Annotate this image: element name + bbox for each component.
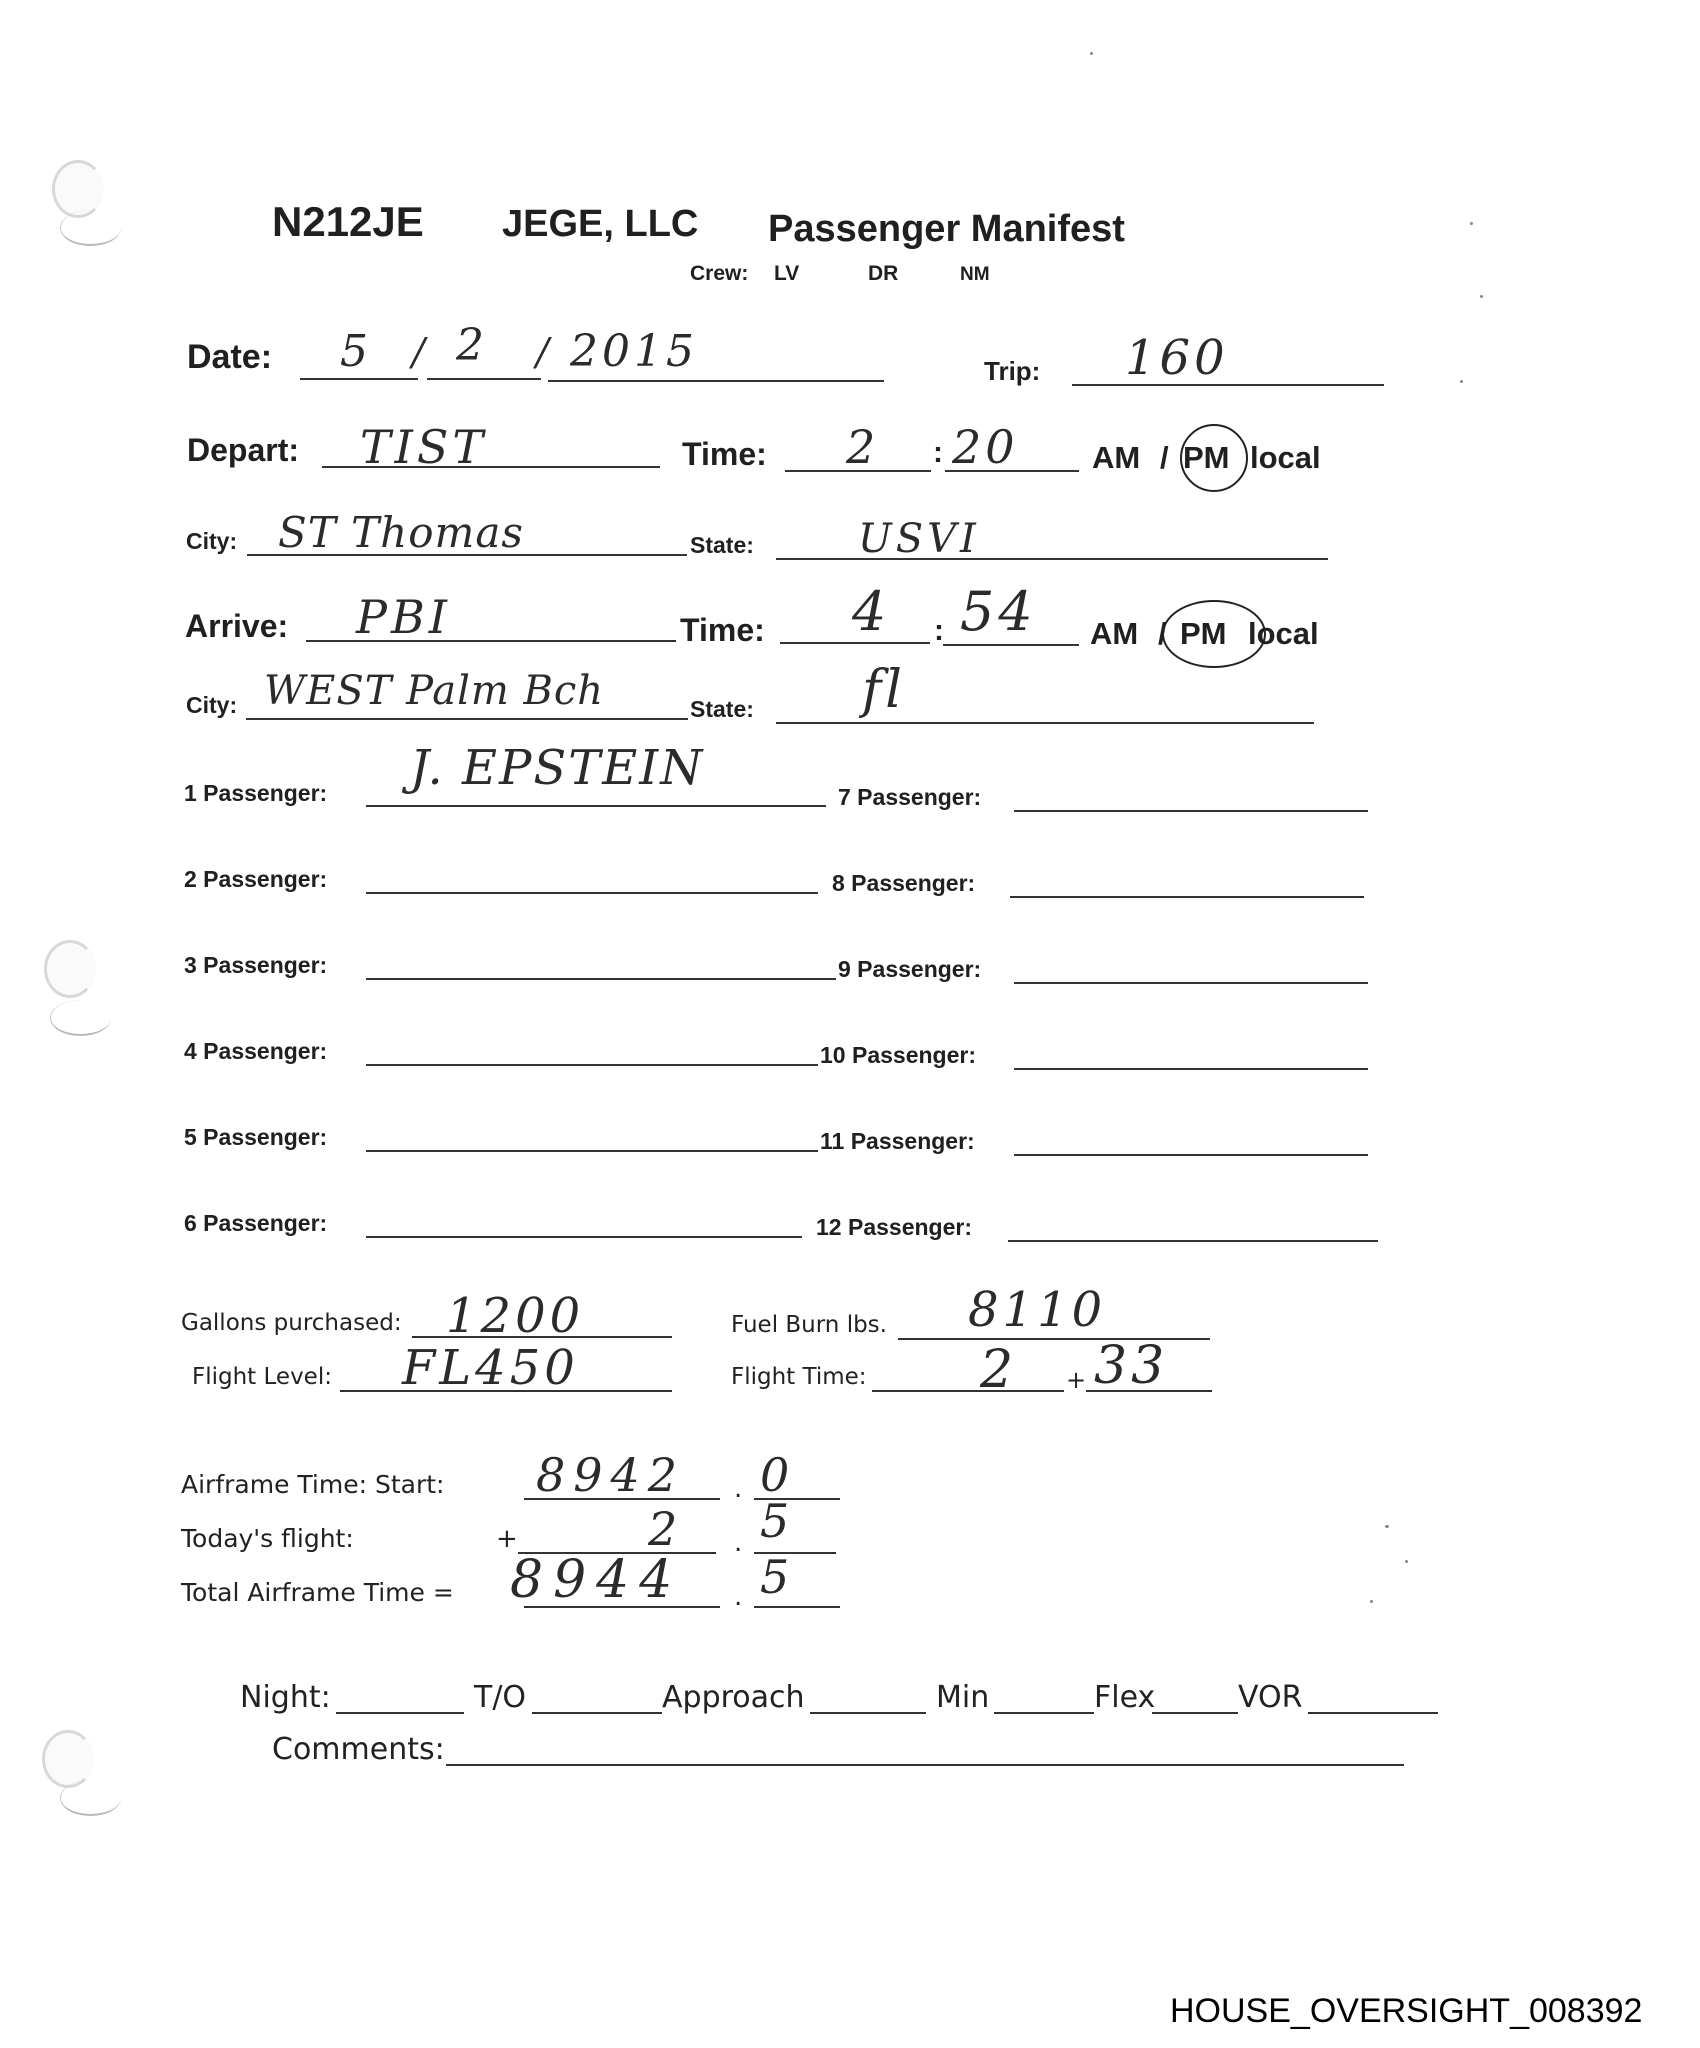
flight-time-hours-line <box>872 1390 1064 1392</box>
depart-time-colon: : <box>933 436 943 470</box>
arrive-am-option[interactable]: AM <box>1090 616 1138 652</box>
night-line[interactable] <box>336 1712 464 1714</box>
arrive-city-line <box>246 718 688 720</box>
tail-number: N212JE <box>272 198 424 246</box>
night-label: Night: <box>240 1680 331 1715</box>
depart-state-label: State: <box>690 532 754 559</box>
passenger-11-label: 11 Passenger: <box>820 1128 975 1155</box>
arrive-label: Arrive: <box>185 608 288 645</box>
passenger-1-line <box>366 805 826 807</box>
comments-label: Comments: <box>272 1732 445 1767</box>
gallons-field[interactable]: 1200 <box>446 1288 584 1344</box>
approach-line[interactable] <box>810 1712 926 1714</box>
passenger-6-label: 6 Passenger: <box>184 1210 327 1237</box>
passenger-8-label: 8 Passenger: <box>832 870 975 897</box>
trip-field[interactable]: 160 <box>1125 330 1229 386</box>
depart-time-label: Time: <box>682 436 767 473</box>
passenger-4-label: 4 Passenger: <box>184 1038 327 1065</box>
page-title: Passenger Manifest <box>768 208 1125 251</box>
takeoff-label: T/O <box>474 1680 526 1715</box>
comments-line[interactable] <box>446 1764 1404 1766</box>
arrive-hour-field[interactable]: 4 <box>852 580 890 643</box>
passenger-12-line[interactable] <box>1008 1240 1378 1242</box>
depart-am-option[interactable]: AM <box>1092 440 1140 476</box>
date-year-line <box>548 380 884 382</box>
min-line[interactable] <box>994 1712 1094 1714</box>
depart-hour-field[interactable]: 2 <box>846 420 879 474</box>
date-month-field[interactable]: 5 <box>340 326 372 377</box>
punch-hole <box>44 940 96 998</box>
arrive-state-label: State: <box>690 696 754 723</box>
passenger-10-label: 10 Passenger: <box>820 1042 976 1069</box>
flex-line[interactable] <box>1152 1712 1238 1714</box>
arrive-city-field[interactable]: WEST Palm Bch <box>264 668 604 714</box>
date-day-field[interactable]: 2 <box>456 320 488 371</box>
punch-hole-shadow <box>50 1000 111 1036</box>
depart-airport-field[interactable]: TIST <box>360 420 487 474</box>
airframe-start-label: Airframe Time: Start: <box>181 1470 444 1499</box>
depart-local-label: local <box>1250 440 1321 476</box>
total-airframe-whole-field[interactable]: 8944 <box>510 1550 682 1610</box>
today-flight-dot: . <box>734 1528 742 1558</box>
approach-label: Approach <box>662 1680 805 1715</box>
total-airframe-dec-field[interactable]: 5 <box>760 1550 793 1604</box>
passenger-10-line[interactable] <box>1014 1068 1368 1070</box>
scan-speck <box>1470 222 1473 225</box>
passenger-3-label: 3 Passenger: <box>184 952 327 979</box>
airframe-start-dot: . <box>734 1474 742 1504</box>
flight-time-minutes-field[interactable]: 33 <box>1094 1336 1168 1396</box>
fuel-burn-label: Fuel Burn lbs. <box>731 1312 887 1338</box>
flight-level-label: Flight Level: <box>192 1364 332 1390</box>
company-name: JEGE, LLC <box>502 203 698 246</box>
passenger-5-label: 5 Passenger: <box>184 1124 327 1151</box>
passenger-4-line[interactable] <box>366 1064 818 1066</box>
depart-minute-field[interactable]: 20 <box>952 420 1019 474</box>
passenger-6-line[interactable] <box>366 1236 802 1238</box>
passenger-3-line[interactable] <box>366 978 836 980</box>
flight-time-hours-field[interactable]: 2 <box>980 1340 1017 1400</box>
scan-speck <box>1385 1525 1389 1528</box>
depart-city-field[interactable]: ST Thomas <box>278 508 524 557</box>
flight-time-label: Flight Time: <box>731 1364 867 1390</box>
today-flight-dec-field[interactable]: 5 <box>760 1494 793 1548</box>
flight-level-field[interactable]: FL450 <box>402 1340 579 1396</box>
passenger-1-label: 1 Passenger: <box>184 780 327 807</box>
date-separator: / <box>536 330 553 374</box>
date-separator: / <box>412 330 429 374</box>
passenger-8-line[interactable] <box>1010 896 1364 898</box>
bates-number: HOUSE_OVERSIGHT_008392 <box>1170 1992 1642 2031</box>
passenger-12-label: 12 Passenger: <box>816 1214 972 1241</box>
arrive-time-label: Time: <box>680 612 765 649</box>
arrive-minute-line <box>943 644 1079 646</box>
date-label: Date: <box>187 338 272 377</box>
trip-label: Trip: <box>984 356 1040 387</box>
depart-pm-circle <box>1180 424 1248 492</box>
airframe-start-whole-field[interactable]: 8942 <box>536 1448 685 1502</box>
scan-speck <box>1460 380 1463 383</box>
date-month-line <box>300 378 418 380</box>
total-airframe-label: Total Airframe Time = <box>181 1578 454 1607</box>
date-year-field[interactable]: 2015 <box>570 326 698 377</box>
punch-hole-shadow <box>60 1780 121 1816</box>
flex-label: Flex <box>1094 1680 1155 1715</box>
punch-hole <box>52 160 104 218</box>
fuel-burn-field[interactable]: 8110 <box>968 1282 1106 1338</box>
passenger-9-label: 9 Passenger: <box>838 956 981 983</box>
arrive-city-label: City: <box>186 692 237 719</box>
min-label: Min <box>936 1680 989 1715</box>
punch-hole-shadow <box>60 210 121 246</box>
crew-member-dr: DR <box>868 262 898 286</box>
passenger-2-label: 2 Passenger: <box>184 866 327 893</box>
passenger-5-line[interactable] <box>366 1150 818 1152</box>
passenger-1-field[interactable]: J. EPSTEIN <box>410 740 704 796</box>
date-day-line <box>427 378 541 380</box>
passenger-7-label: 7 Passenger: <box>838 784 981 811</box>
vor-line[interactable] <box>1308 1712 1438 1714</box>
passenger-7-line[interactable] <box>1014 810 1368 812</box>
depart-ampm-slash: / <box>1160 440 1169 476</box>
takeoff-line[interactable] <box>532 1712 662 1714</box>
depart-label: Depart: <box>187 432 299 469</box>
arrive-state-line <box>776 722 1314 724</box>
crew-member-nm: NM <box>960 264 990 286</box>
scan-speck <box>1370 1600 1373 1603</box>
flight-time-plus: + <box>1066 1366 1086 1394</box>
today-flight-label: Today's flight: <box>181 1524 354 1553</box>
crew-label: Crew: <box>690 262 748 286</box>
depart-city-label: City: <box>186 528 237 555</box>
scan-speck <box>1480 295 1483 298</box>
arrive-airport-field[interactable]: PBI <box>356 590 451 644</box>
total-airframe-dot: . <box>734 1582 742 1612</box>
passenger-2-line[interactable] <box>366 892 818 894</box>
vor-label: VOR <box>1238 1680 1302 1715</box>
arrive-time-colon: : <box>934 614 944 648</box>
depart-state-field[interactable]: USVI <box>858 516 980 562</box>
passenger-11-line[interactable] <box>1014 1154 1368 1156</box>
gallons-label: Gallons purchased: <box>181 1310 402 1336</box>
today-flight-whole-field[interactable]: 2 <box>648 1502 681 1556</box>
arrive-pm-circle <box>1162 600 1266 668</box>
total-airframe-dec-line <box>754 1606 840 1608</box>
arrive-state-field[interactable]: fl <box>862 660 906 720</box>
crew-member-lv: LV <box>774 262 799 286</box>
passenger-9-line[interactable] <box>1014 982 1368 984</box>
scan-speck <box>1090 52 1093 55</box>
arrive-minute-field[interactable]: 54 <box>960 580 1037 643</box>
scan-speck <box>1405 1560 1408 1563</box>
